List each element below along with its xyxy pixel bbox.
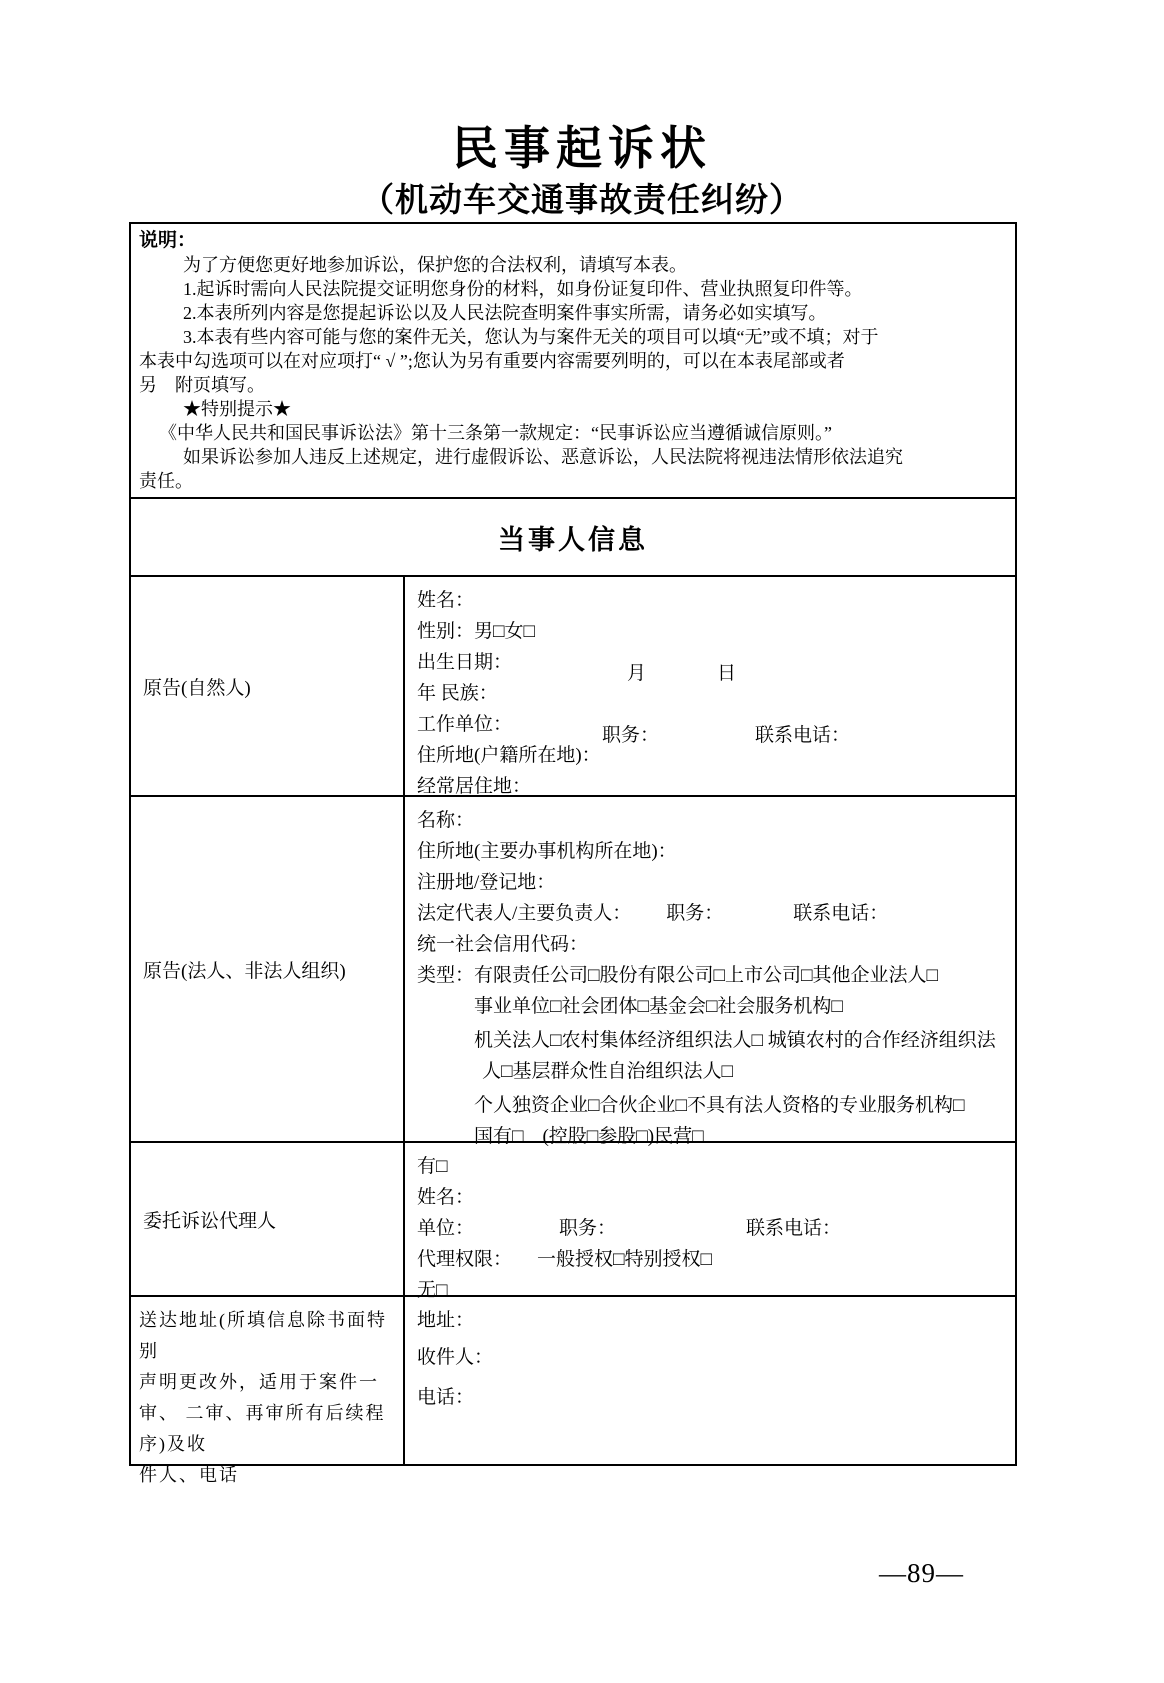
note-item-3-line-3: 另 附页填写。 [139,373,1005,397]
field-agent-position: 职务： [559,1218,616,1239]
row-litigation-agent: 委托诉讼代理人 有□ 姓名： 单位：职务：联系电话： 代理权限：一般授权□特别授… [131,1143,1015,1297]
document-title: 民事起诉状 [0,112,1164,178]
field-org-legal-rep: 法定代表人/主要负责人：职务：联系电话： [417,898,1009,929]
field-agent-name: 姓名： [417,1182,1009,1213]
note-special-heading: ★特别提示★ [139,397,1005,421]
field-service-phone: 电话： [417,1382,1009,1413]
note-intro: 为了方便您更好地参加诉讼，保护您的合法权利，请填写本表。 [139,253,1005,277]
field-org-credit-code: 统一社会信用代码： [417,929,1009,960]
field-phone: 联系电话： [755,720,850,751]
field-birthdate-label: 出生日期： [417,652,512,673]
row-plaintiff-organization: 原告(法人、非法人组织) 名称： 住所地(主要办事机构所在地)： 注册地/登记地… [131,797,1015,1143]
field-birth-month: 月 [627,658,646,689]
document-page: 民事起诉状 （机动车交通事故责任纠纷） 说明： 为了方便您更好地参加诉讼，保护您… [0,0,1164,1683]
field-agent-authority-label: 代理权限： [417,1249,512,1270]
note-special-line-2: 如果诉讼参加人违反上述规定，进行虚假诉讼、恶意诉讼，人民法院将视违法情形依法追究 [139,445,1005,469]
document-subtitle: （机动车交通事故责任纠纷） [0,174,1164,221]
field-org-type-label: 类型： [417,965,474,986]
field-agent-has: 有□ [417,1151,1009,1182]
field-service-address: 地址： [417,1305,1009,1336]
service-label-line-4: 序)及收 [139,1429,399,1460]
field-agent-unit: 单位：职务：联系电话： [417,1213,1009,1244]
field-service-recipient: 收件人： [417,1342,1009,1373]
field-agent-authority: 代理权限：一般授权□特别授权□ [417,1244,1009,1275]
field-gender: 性别：男□女□ [417,616,1009,647]
field-org-type: 类型：有限责任公司□股份有限公司□上市公司□其他企业法人□ [417,960,1009,991]
row-service-address: 送达地址(所填信息除书面特别 声明更改外，适用于案件一 审、 二审、再审所有后续… [131,1297,1015,1464]
note-special-line-3: 责任。 [139,469,1005,493]
notes-heading: 说明： [139,229,1005,253]
note-item-2: 2.本表所列内容是您提起诉讼以及人民法院查明案件事实所需，请务必如实填写。 [139,301,1005,325]
field-position: 职务： [602,720,659,751]
org-type-options-3: 机关法人□农村集体经济组织法人□ 城镇农村的合作经济组织法 [417,1025,1009,1056]
field-agent-authority-options: 一般授权□特别授权□ [537,1249,712,1270]
service-label-line-5: 件人、电话 [139,1460,399,1491]
org-type-options-4: 人□基层群众性自治组织法人□ [417,1056,1009,1087]
plaintiff-organization-fields: 名称： 住所地(主要办事机构所在地)： 注册地/登记地： 法定代表人/主要负责人… [405,797,1015,1141]
field-employer-label: 工作单位： [417,714,512,735]
litigation-agent-fields: 有□ 姓名： 单位：职务：联系电话： 代理权限：一般授权□特别授权□ 无□ [405,1143,1015,1295]
field-birth-day: 日 [717,658,736,689]
org-type-options-5: 个人独资企业□合伙企业□不具有法人资格的专业服务机构□ [417,1090,1009,1121]
row-label-litigation-agent: 委托诉讼代理人 [131,1143,405,1295]
field-org-position: 职务： [666,903,723,924]
org-type-options-2: 事业单位□社会团体□基金会□社会服务机构□ [417,991,1009,1022]
field-residence: 住所地(户籍所在地)： [417,740,1009,771]
note-item-3-line-1: 3.本表有些内容可能与您的案件无关，您认为与案件无关的项目可以填“无”或不填；对… [139,325,1005,349]
row-label-service-address: 送达地址(所填信息除书面特别 声明更改外，适用于案件一 审、 二审、再审所有后续… [131,1297,405,1464]
field-name: 姓名： [417,585,1009,616]
page-number: —89— [879,1558,964,1589]
notes-section: 说明： 为了方便您更好地参加诉讼，保护您的合法权利，请填写本表。 1.起诉时需向… [131,224,1015,499]
field-org-legal-rep-label: 法定代表人/主要负责人： [417,903,631,924]
field-org-registration: 注册地/登记地： [417,867,1009,898]
service-label-line-1: 送达地址(所填信息除书面特别 [139,1305,399,1367]
service-label-line-3: 审、 二审、再审所有后续程 [139,1398,399,1429]
field-year-ethnic: 年 民族： [417,678,1009,709]
field-org-domicile: 住所地(主要办事机构所在地)： [417,836,1009,867]
field-org-name: 名称： [417,805,1009,836]
plaintiff-natural-fields: 姓名： 性别：男□女□ 出生日期：月日 年 民族： 工作单位：职务：联系电话： … [405,577,1015,795]
service-address-fields: 地址： 收件人： 电话： [405,1297,1015,1464]
field-birthdate: 出生日期：月日 [417,647,1009,678]
row-label-plaintiff-natural: 原告(自然人) [131,577,405,795]
field-agent-phone: 联系电话： [746,1218,841,1239]
field-agent-unit-label: 单位： [417,1218,474,1239]
note-item-3-line-2: 本表中勾选项可以在对应项打“ √ ”;您认为另有重要内容需要列明的，可以在本表尾… [139,349,1005,373]
org-type-options-1: 有限责任公司□股份有限公司□上市公司□其他企业法人□ [474,965,938,986]
note-special-line-1: 《中华人民共和国民事诉讼法》第十三条第一款规定：“民事诉讼应当遵循诚信原则。” [139,421,1005,445]
row-label-plaintiff-organization: 原告(法人、非法人组织) [131,797,405,1141]
service-label-line-2: 声明更改外，适用于案件一 [139,1367,399,1398]
party-info-header: 当事人信息 [131,499,1015,577]
field-employer: 工作单位：职务：联系电话： [417,709,1009,740]
note-item-1: 1.起诉时需向人民法院提交证明您身份的材料，如身份证复印件、营业执照复印件等。 [139,277,1005,301]
row-plaintiff-natural: 原告(自然人) 姓名： 性别：男□女□ 出生日期：月日 年 民族： 工作单位：职… [131,577,1015,797]
complaint-form-table: 说明： 为了方便您更好地参加诉讼，保护您的合法权利，请填写本表。 1.起诉时需向… [129,222,1017,1466]
field-org-phone: 联系电话： [793,903,888,924]
